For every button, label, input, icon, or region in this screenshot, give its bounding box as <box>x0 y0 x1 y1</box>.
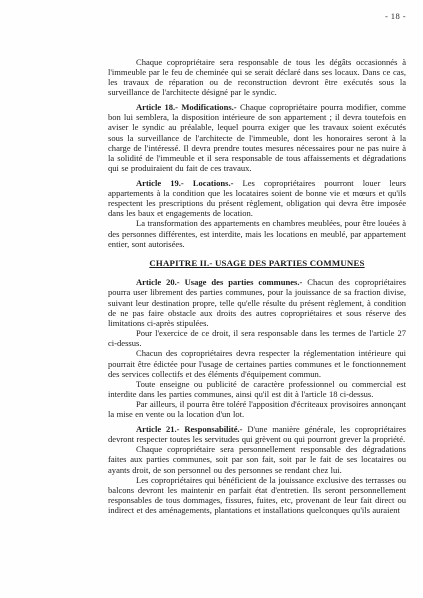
paragraph-text: Chaque copropriétaire pourra modifier, c… <box>108 102 406 173</box>
paragraph-text: Par ailleurs, il pourra être toléré l'ap… <box>108 399 406 419</box>
paragraph-chimney-damage: Chaque copropriétaire sera responsable d… <box>108 57 406 98</box>
page-number: - 18 - <box>385 11 406 21</box>
article-18-paragraph: Article 18.- Modifications.- Chaque copr… <box>108 102 406 173</box>
article-19-heading: Article 19.- Locations.- <box>136 178 233 188</box>
article-20-heading: Article 20.- Usage des parties communes.… <box>136 277 302 287</box>
paragraph-internal-regulation: Chacun des copropriétaires devra respect… <box>108 348 406 378</box>
paragraph-temporary-signs: Par ailleurs, il pourra être toléré l'ap… <box>108 399 406 419</box>
paragraph-text: Chaque copropriétaire sera responsable d… <box>108 57 406 97</box>
paragraph-text: Les copropriétaires qui bénéficient de l… <box>108 475 406 515</box>
paragraph-signage-ban: Toute enseigne ou publicité de caractère… <box>108 379 406 399</box>
article-19-paragraph: Article 19.- Locations.- Les copropriéta… <box>108 178 406 219</box>
paragraph-text: Pour l'exercice de ce droit, il sera res… <box>108 328 406 348</box>
paragraph-exercise-right: Pour l'exercice de ce droit, il sera res… <box>108 328 406 348</box>
article-21-paragraph: Article 21.- Responsabilité.- D'une mani… <box>108 424 406 444</box>
paragraph-text: Chacun des copropriétaires devra respect… <box>108 348 406 378</box>
paragraph-terraces-balconies: Les copropriétaires qui bénéficient de l… <box>108 475 406 516</box>
article-20-paragraph: Article 20.- Usage des parties communes.… <box>108 277 406 328</box>
paragraph-text: Toute enseigne ou publicité de caractère… <box>108 379 406 399</box>
page-content: Chaque copropriétaire sera responsable d… <box>108 57 406 598</box>
paragraph-furnished-rooms: La transformation des appartements en ch… <box>108 218 406 248</box>
paragraph-personal-liability: Chaque copropriétaire sera personnelleme… <box>108 444 406 474</box>
article-21-heading: Article 21.- Responsabilité.- <box>136 424 243 434</box>
article-18-heading: Article 18.- Modifications.- <box>136 102 237 112</box>
paragraph-text: Chaque copropriétaire sera personnelleme… <box>108 444 406 474</box>
chapter-2-heading: CHAPITRE II.- USAGE DES PARTIES COMMUNES <box>108 258 406 269</box>
document-page: - 18 - Chaque copropriétaire sera respon… <box>0 0 423 598</box>
paragraph-text: La transformation des appartements en ch… <box>108 218 406 248</box>
